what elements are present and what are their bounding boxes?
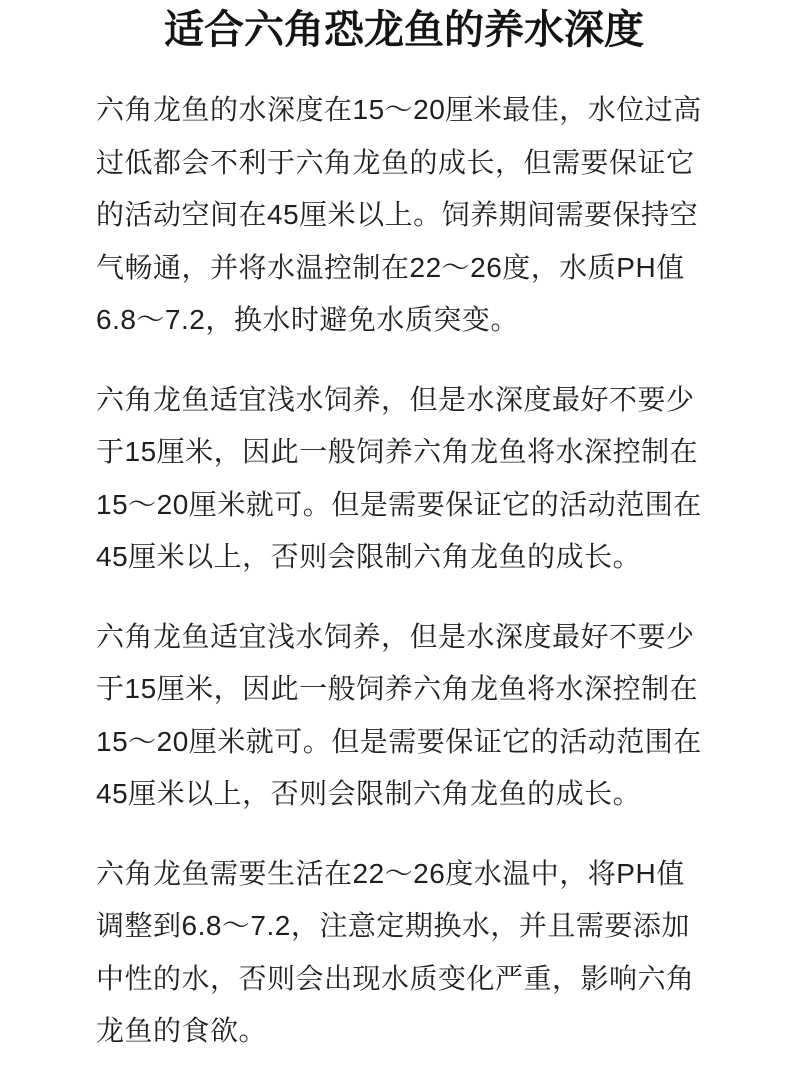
paragraph-line: 六角龙鱼适宜浅水饲养，但是水深度最好不要少 — [96, 374, 712, 427]
article-body: 六角龙鱼的水深度在15～20厘米最佳，水位过高过低都会不利于六角龙鱼的成长，但需… — [96, 84, 712, 1058]
paragraph-line: 的活动空间在45厘米以上。饲养期间需要保持空 — [96, 189, 712, 242]
article-page: 适合六角恐龙鱼的养水深度 六角龙鱼的水深度在15～20厘米最佳，水位过高过低都会… — [0, 0, 800, 1069]
paragraph-line: 15～20厘米就可。但是需要保证它的活动范围在 — [96, 716, 712, 769]
paragraph-line: 六角龙鱼需要生活在22～26度水温中，将PH值 — [96, 848, 712, 901]
paragraph-line: 调整到6.8～7.2，注意定期换水，并且需要添加 — [96, 900, 712, 953]
paragraph: 六角龙鱼需要生活在22～26度水温中，将PH值调整到6.8～7.2，注意定期换水… — [96, 848, 712, 1058]
article-title: 适合六角恐龙鱼的养水深度 — [96, 8, 712, 52]
paragraph-line: 6.8～7.2，换水时避免水质突变。 — [96, 294, 712, 347]
paragraph-line: 六角龙鱼适宜浅水饲养，但是水深度最好不要少 — [96, 611, 712, 664]
paragraph: 六角龙鱼适宜浅水饲养，但是水深度最好不要少于15厘米，因此一般饲养六角龙鱼将水深… — [96, 374, 712, 584]
paragraph-line: 六角龙鱼的水深度在15～20厘米最佳，水位过高 — [96, 84, 712, 137]
paragraph-line: 45厘米以上，否则会限制六角龙鱼的成长。 — [96, 531, 712, 584]
paragraph-line: 于15厘米，因此一般饲养六角龙鱼将水深控制在 — [96, 426, 712, 479]
paragraph-line: 中性的水，否则会出现水质变化严重，影响六角 — [96, 953, 712, 1006]
paragraph-line: 龙鱼的食欲。 — [96, 1005, 712, 1058]
paragraph: 六角龙鱼适宜浅水饲养，但是水深度最好不要少于15厘米，因此一般饲养六角龙鱼将水深… — [96, 611, 712, 821]
paragraph-line: 45厘米以上，否则会限制六角龙鱼的成长。 — [96, 768, 712, 821]
paragraph-line: 气畅通，并将水温控制在22～26度，水质PH值 — [96, 242, 712, 295]
paragraph-line: 于15厘米，因此一般饲养六角龙鱼将水深控制在 — [96, 663, 712, 716]
paragraph-line: 15～20厘米就可。但是需要保证它的活动范围在 — [96, 479, 712, 532]
paragraph: 六角龙鱼的水深度在15～20厘米最佳，水位过高过低都会不利于六角龙鱼的成长，但需… — [96, 84, 712, 347]
paragraph-line: 过低都会不利于六角龙鱼的成长，但需要保证它 — [96, 137, 712, 190]
